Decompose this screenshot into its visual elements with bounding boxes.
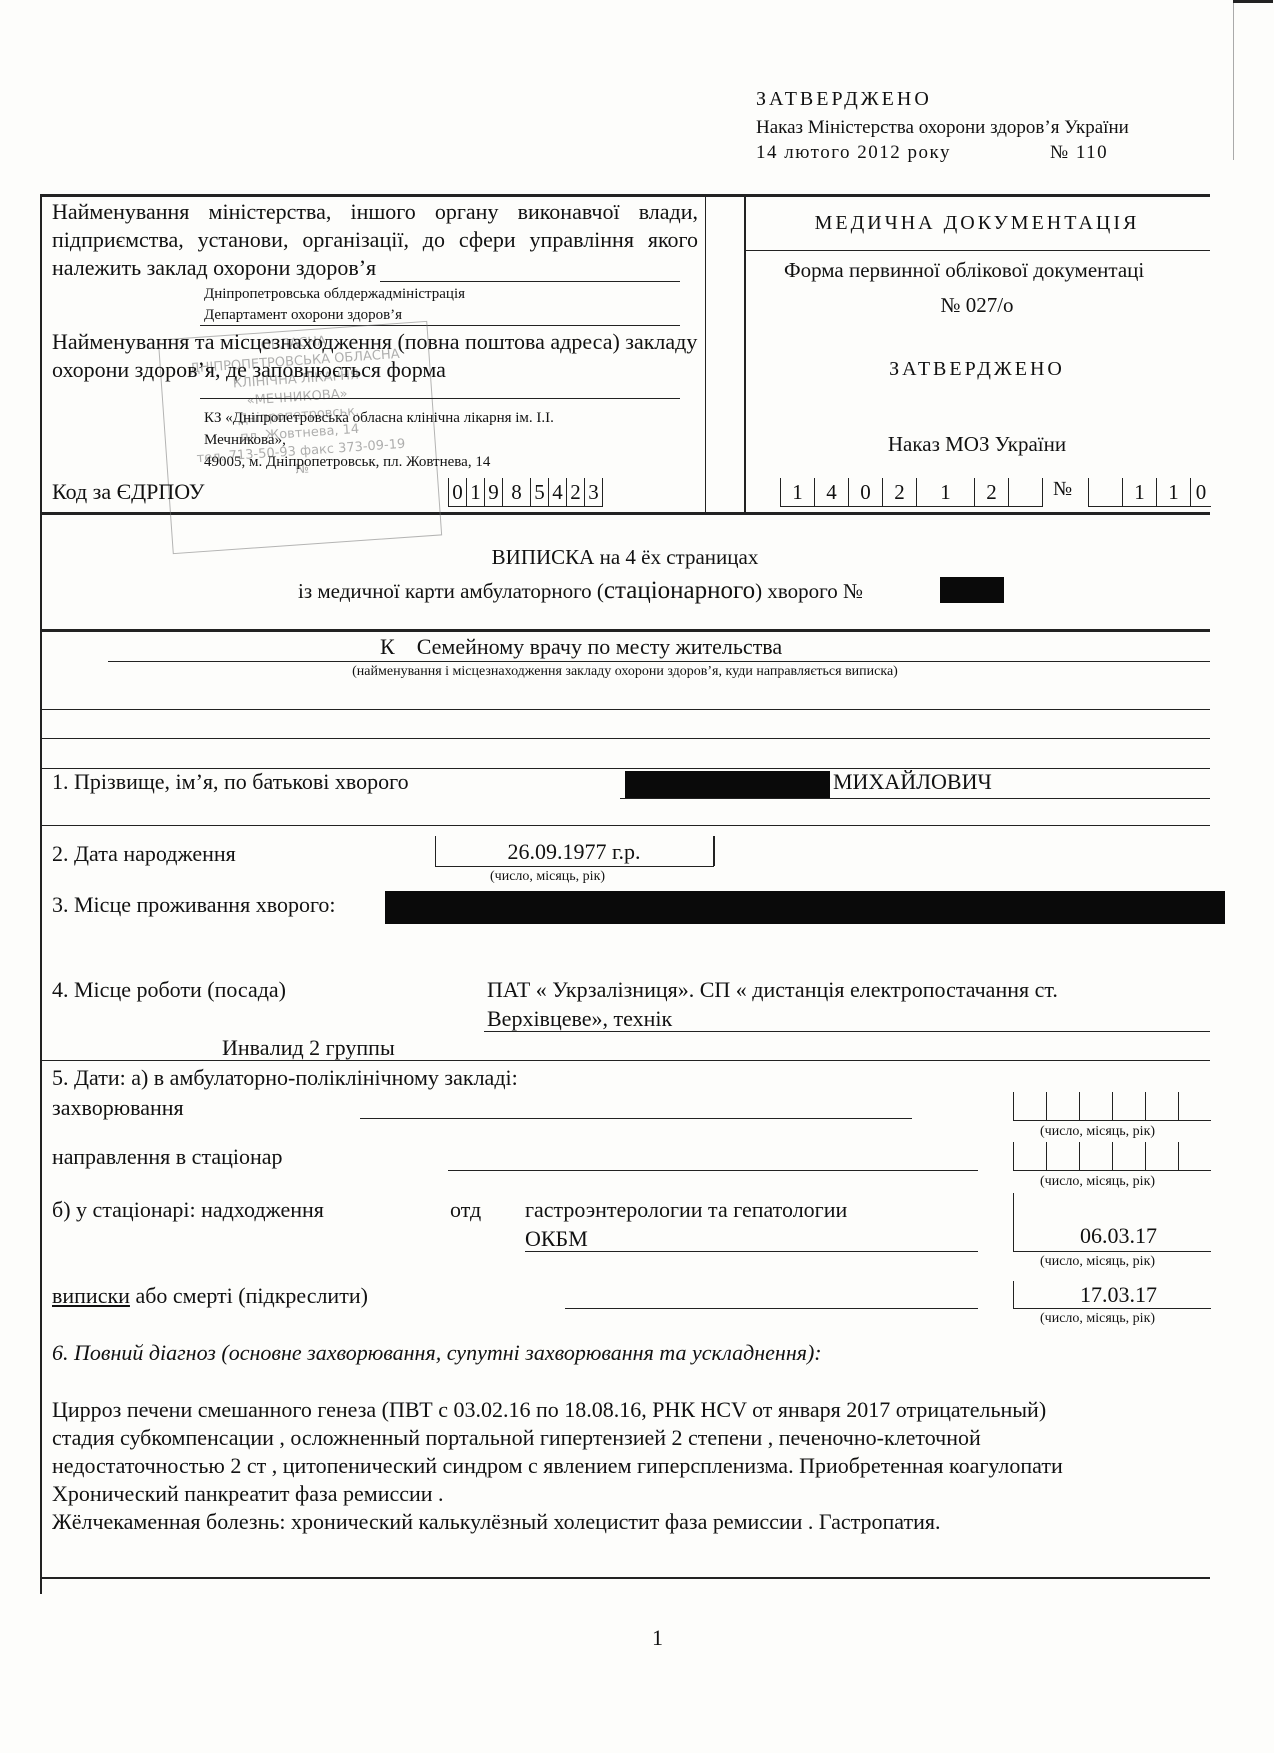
divider: [744, 250, 1210, 251]
page-number: 1: [652, 1625, 663, 1651]
section-divider: [40, 629, 1210, 632]
blank-line: [40, 738, 1210, 739]
facility-value-1: КЗ «Дніпропетровська обласна клінічна лі…: [204, 410, 554, 427]
moz-order: Наказ МОЗ України: [744, 432, 1210, 457]
underline: [525, 1251, 978, 1252]
ministry-value-1: Дніпропетровська облдержадміністрація: [204, 286, 465, 303]
moz-order-date-code: 1 4 0 2 1 2: [780, 478, 1043, 507]
discharge-date: 17.03.17: [1080, 1281, 1157, 1309]
date-caption: (число, місяць, рік): [1040, 1174, 1155, 1190]
illness-date-cells[interactable]: [1013, 1092, 1211, 1121]
underline: [448, 1170, 978, 1171]
dates-title: 5. Дати: а) в амбулаторно-поліклінічному…: [52, 1064, 518, 1092]
date-caption: (число, місяць, рік): [1040, 1124, 1155, 1140]
diagnosis-line: Хронический панкреатит фаза ремиссии .: [52, 1480, 1212, 1508]
table-bottom-border: [40, 1577, 1210, 1579]
divider: [40, 825, 1210, 826]
extract-title: ВИПИСКА на 4 ёх страницах: [40, 545, 1210, 570]
illness-label: захворювання: [52, 1094, 184, 1122]
order-number: № 110: [1050, 142, 1108, 164]
form-approved: ЗАТВЕРДЖЕНО: [744, 358, 1210, 381]
dob-label: 2. Дата народження: [52, 840, 236, 868]
diagnosis-label: 6. Повний діагноз (основне захворювання,…: [52, 1339, 822, 1367]
underline: [565, 1308, 978, 1309]
edrpou-label: Код за ЄДРПОУ: [52, 478, 204, 506]
form-number: № 027/о: [744, 293, 1210, 318]
patronymic-value: МИХАЙЛОВИЧ: [833, 768, 992, 796]
ministry-order: Наказ Міністерства охорони здоров’я Укра…: [756, 117, 1129, 139]
dob-value: 26.09.1977 г.р.: [435, 838, 713, 866]
facility-value-2: Мечникова»,: [204, 432, 286, 449]
dept-line-1: гастроэнтерологии та гепатологии: [525, 1196, 847, 1224]
referral-label: направлення в стаціонар: [52, 1143, 283, 1171]
table-top-border: [40, 194, 1210, 197]
blank-line: [40, 709, 1210, 710]
diagnosis-line: стадия субкомпенсации , осложненный порт…: [52, 1424, 1212, 1452]
ministry-value-2: Департамент охорони здоров’я: [204, 307, 402, 324]
facility-value-3: 49005, м. Дніпропетровськ, пл. Жовтнева,…: [204, 454, 490, 471]
underline: [360, 1118, 912, 1119]
work-value-1: ПАТ « Укрзалізниця». СП « дистанція елек…: [487, 976, 1058, 1004]
residence-label: 3. Місце проживання хворого:: [52, 891, 336, 919]
work-label: 4. Місце роботи (посада): [52, 976, 286, 1004]
underline: [200, 325, 680, 326]
underline: [380, 281, 680, 282]
recipient: К Семейному врачу по месту жительства: [380, 634, 782, 660]
underline: [108, 661, 1210, 662]
left-border: [40, 194, 42, 1594]
recipient-caption: (найменування і місцезнаходження закладу…: [40, 664, 1210, 680]
extract-subtitle: із медичної карти амбулаторного (стаціон…: [298, 577, 863, 605]
referral-date-cells[interactable]: [1013, 1142, 1211, 1171]
box-edge: [713, 836, 715, 866]
name-label: 1. Прізвище, ім’я, по батькові хворого: [52, 768, 409, 796]
number-sign: №: [1053, 478, 1072, 501]
hospital-label: б) у стаціонарі: надходження: [52, 1196, 324, 1224]
column-divider-1: [705, 194, 706, 512]
scan-edge: [1233, 0, 1234, 160]
diagnosis-line: Цирроз печени смешанного генеза (ПВТ с 0…: [52, 1396, 1212, 1424]
redacted-address: [385, 891, 1225, 924]
edrpou-code: 0 1 9 8 5 4 2 3: [448, 478, 603, 507]
work-value-2: Верхівцеве», технік: [487, 1005, 672, 1033]
divider: [40, 1060, 1210, 1061]
moz-order-number-code: 1 1 0: [1088, 478, 1211, 507]
date-caption: (число, місяць, рік): [1040, 1254, 1155, 1270]
diagnosis-line: недостаточностью 2 ст , цитопенический с…: [52, 1452, 1212, 1480]
discharge-label: виписки або смерті (підкреслити): [52, 1282, 368, 1310]
redacted-surname: [625, 771, 830, 799]
date-caption: (число, місяць, рік): [1040, 1311, 1155, 1327]
dept-prefix: отд: [450, 1196, 481, 1224]
column-divider-2: [744, 194, 746, 512]
admission-date: 06.03.17: [1080, 1222, 1157, 1250]
dob-caption: (число, місяць, рік): [490, 869, 605, 885]
dept-line-2: ОКБМ: [525, 1225, 588, 1253]
form-label: Форма первинної облікової документаці: [784, 258, 1144, 283]
underline: [200, 398, 680, 399]
redacted-card-number: [940, 577, 1004, 603]
approved-heading: ЗАТВЕРДЖЕНО: [756, 88, 932, 111]
underline: [620, 798, 1210, 799]
disability-note: Инвалид 2 группы: [222, 1034, 395, 1062]
order-date: 14 лютого 2012 року: [756, 142, 951, 164]
facility-label: Найменування та місцезнаходження (повна …: [52, 328, 702, 384]
underline: [484, 1031, 1210, 1032]
scan-edge-top: [1233, 0, 1273, 3]
ministry-label: Найменування міністерства, іншого органу…: [52, 198, 698, 282]
diagnosis-text: Цирроз печени смешанного генеза (ПВТ с 0…: [52, 1396, 1212, 1536]
medical-docs-title: МЕДИЧНА ДОКУМЕНТАЦІЯ: [744, 212, 1210, 235]
diagnosis-line: Жёлчекаменная болезнь: хронический кальк…: [52, 1508, 1212, 1536]
